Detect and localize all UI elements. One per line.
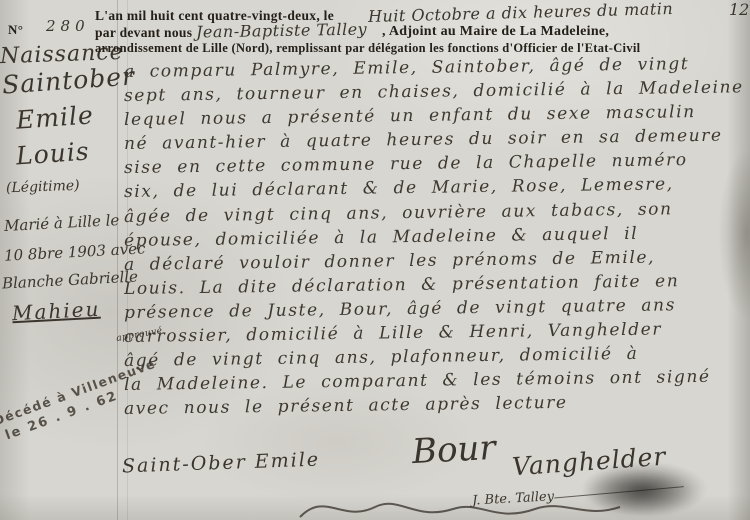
body-line: a comparu Palmyre, Emile, Saintober, âgé…: [124, 54, 690, 82]
header-line2-officer-name: Jean-Baptiste Talley: [196, 20, 367, 42]
signature-witness-bour: Bour: [411, 428, 497, 472]
header-line2-printed-after: , Adjoint au Maire de La Madeleine,: [382, 24, 609, 40]
page-number: 12: [729, 0, 749, 19]
signature-declarant: Saint-Ober Emile: [122, 449, 321, 478]
scanned-birth-record: N° 280 Naissance Saintober Emile Louis (…: [0, 0, 750, 520]
body-line: né avant-hier à quatre heures du soir en…: [124, 126, 723, 154]
body-line: sise en cette commune rue de la Chapelle…: [124, 150, 688, 178]
body-line: a déclaré vouloir donner les prénoms de …: [124, 248, 655, 275]
body-line: la Madeleine. Le comparant & les témoins…: [124, 367, 711, 395]
cut-off-signature: [295, 497, 625, 520]
header-line2-printed-before: par devant nous: [95, 25, 192, 41]
body-line: âgée de vingt cinq ans, ouvrière aux tab…: [124, 199, 673, 227]
child-firstname-2: Louis: [15, 136, 90, 170]
body-line: six, de lui déclarant & de Marie, Rose, …: [124, 174, 674, 202]
body-line: présence de Juste, Bour, âgé de vingt qu…: [124, 295, 676, 323]
marriage-note-line-1: Marié à Lille le: [4, 211, 120, 235]
ink-smudge: [583, 468, 698, 516]
act-number: 280: [46, 17, 90, 35]
body-line: Louis. La dite déclaration & présentatio…: [124, 271, 680, 299]
body-line: épouse, domiciliée à la Madeleine & auqu…: [124, 224, 639, 251]
child-firstname-1: Emile: [15, 100, 95, 134]
body-line: avec nous le présent acte après lecture: [124, 393, 568, 419]
body-line: âgé de vingt cinq ans, plafonneur, domic…: [124, 344, 639, 371]
body-line: carrossier, domicilié à Lille & Henri, V…: [124, 319, 662, 347]
body-line: lequel nous a présenté un enfant du sexe…: [124, 102, 696, 130]
header-line1-handwritten-date: Huit Octobre a dix heures du matin: [368, 0, 674, 26]
act-number-label: N°: [8, 22, 23, 38]
marriage-note-spouse-surname: Mahieu: [11, 297, 101, 326]
legitimacy-note: (Légitime): [6, 178, 80, 197]
header-line3-printed: arrondissement de Lille (Nord), rempliss…: [95, 41, 640, 56]
